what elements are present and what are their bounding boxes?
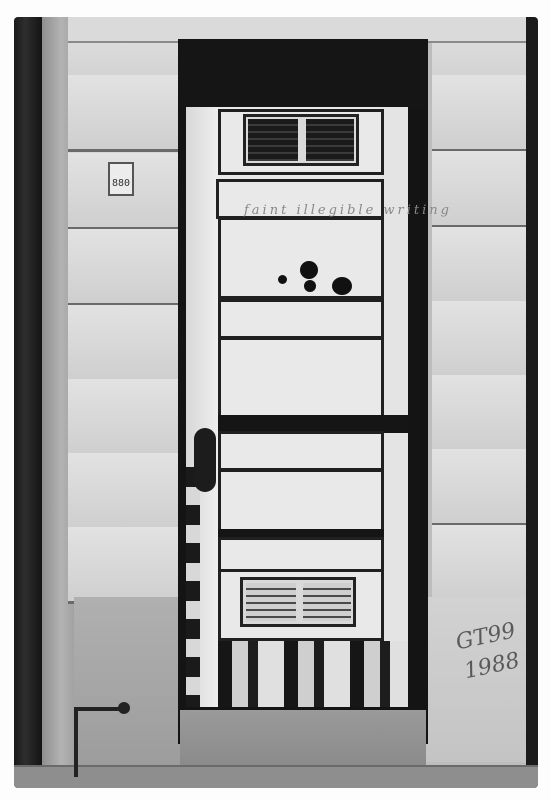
left-dark-post bbox=[14, 17, 42, 788]
pipe-vertical bbox=[74, 707, 78, 777]
paint-splatter bbox=[300, 261, 318, 279]
peeling-left-stile bbox=[186, 467, 200, 707]
left-siding bbox=[68, 17, 186, 597]
photograph: 880 faint illegible writing GT99 1988 bbox=[14, 17, 538, 788]
door-panel-3 bbox=[218, 217, 384, 299]
bottom-vent bbox=[240, 577, 356, 627]
right-siding bbox=[432, 17, 538, 597]
paint-splatter-4 bbox=[278, 275, 287, 284]
door-panel-4 bbox=[218, 299, 384, 339]
left-concrete-base bbox=[74, 597, 186, 772]
paint-splatter-3 bbox=[304, 280, 316, 292]
pipe-horizontal bbox=[74, 707, 124, 711]
concrete-step bbox=[180, 710, 426, 768]
top-vent bbox=[243, 114, 359, 166]
top-vent-louver-right bbox=[306, 119, 354, 161]
peeling-bottom-panels bbox=[218, 641, 408, 707]
sidewalk bbox=[14, 765, 538, 788]
pipe-knob bbox=[118, 702, 130, 714]
door-lintel bbox=[178, 39, 428, 109]
door-scrawl: faint illegible writing bbox=[244, 203, 452, 218]
paint-splatter-2 bbox=[332, 277, 352, 295]
door-right-stile bbox=[382, 107, 408, 707]
door-handle bbox=[194, 428, 216, 492]
top-vent-louver-left bbox=[248, 119, 298, 161]
bottom-vent-louver-left bbox=[246, 583, 296, 621]
door-panel-5 bbox=[218, 337, 384, 419]
house-number-plate: 880 bbox=[108, 162, 134, 196]
door-panel-8 bbox=[218, 537, 384, 573]
door-panel-6 bbox=[218, 431, 384, 471]
bottom-vent-louver-right bbox=[303, 583, 351, 621]
